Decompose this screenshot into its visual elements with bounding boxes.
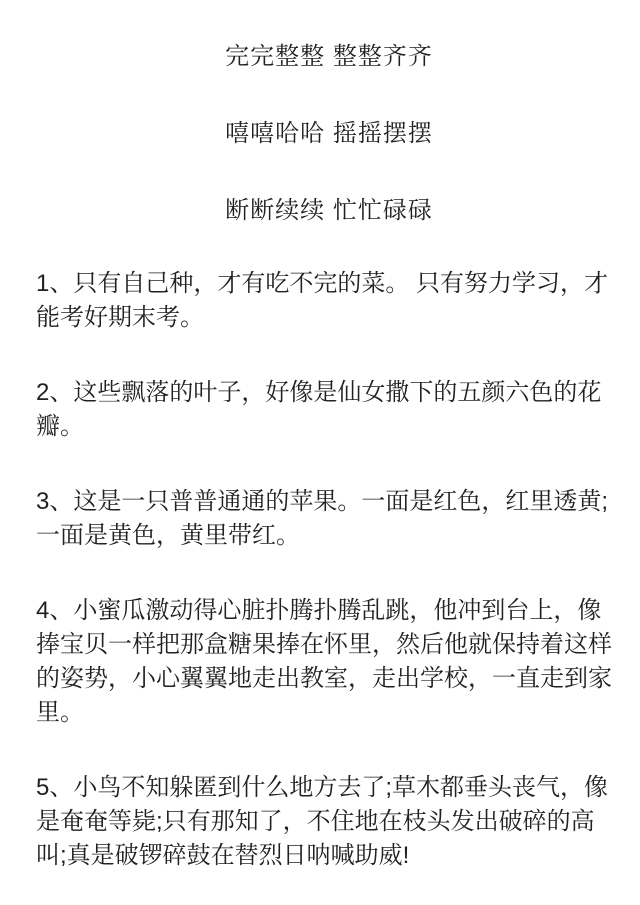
sentence-item-5: 5、小鸟不知躲匿到什么地方去了;草木都垂头丧气，像是奄奄等毙;只有那知了，不住地…: [36, 771, 622, 873]
sentence-item-4: 4、小蜜瓜激动得心脏扑腾扑腾乱跳，他冲到台上，像捧宝贝一样把那盒糖果捧在怀里，然…: [36, 594, 622, 730]
sentence-item-1: 1、只有自己种，才有吃不完的菜。 只有努力学习，才能考好期末考。: [36, 267, 622, 335]
sentence-item-2: 2、这些飘落的叶子，好像是仙女撒下的五颜六色的花瓣。: [36, 376, 622, 444]
sentence-item-3: 3、这是一只普普通通的苹果。一面是红色，红里透黄;一面是黄色，黄里带红。: [36, 485, 622, 553]
word-pair-line-3: 断断续续 忙忙碌碌: [36, 194, 622, 228]
word-pair-line-2: 嘻嘻哈哈 摇摇摆摆: [36, 117, 622, 151]
word-pair-line-1: 完完整整 整整齐齐: [36, 40, 622, 74]
document-page: 完完整整 整整齐齐 嘻嘻哈哈 摇摇摆摆 断断续续 忙忙碌碌 1、只有自己种，才有…: [0, 0, 640, 905]
